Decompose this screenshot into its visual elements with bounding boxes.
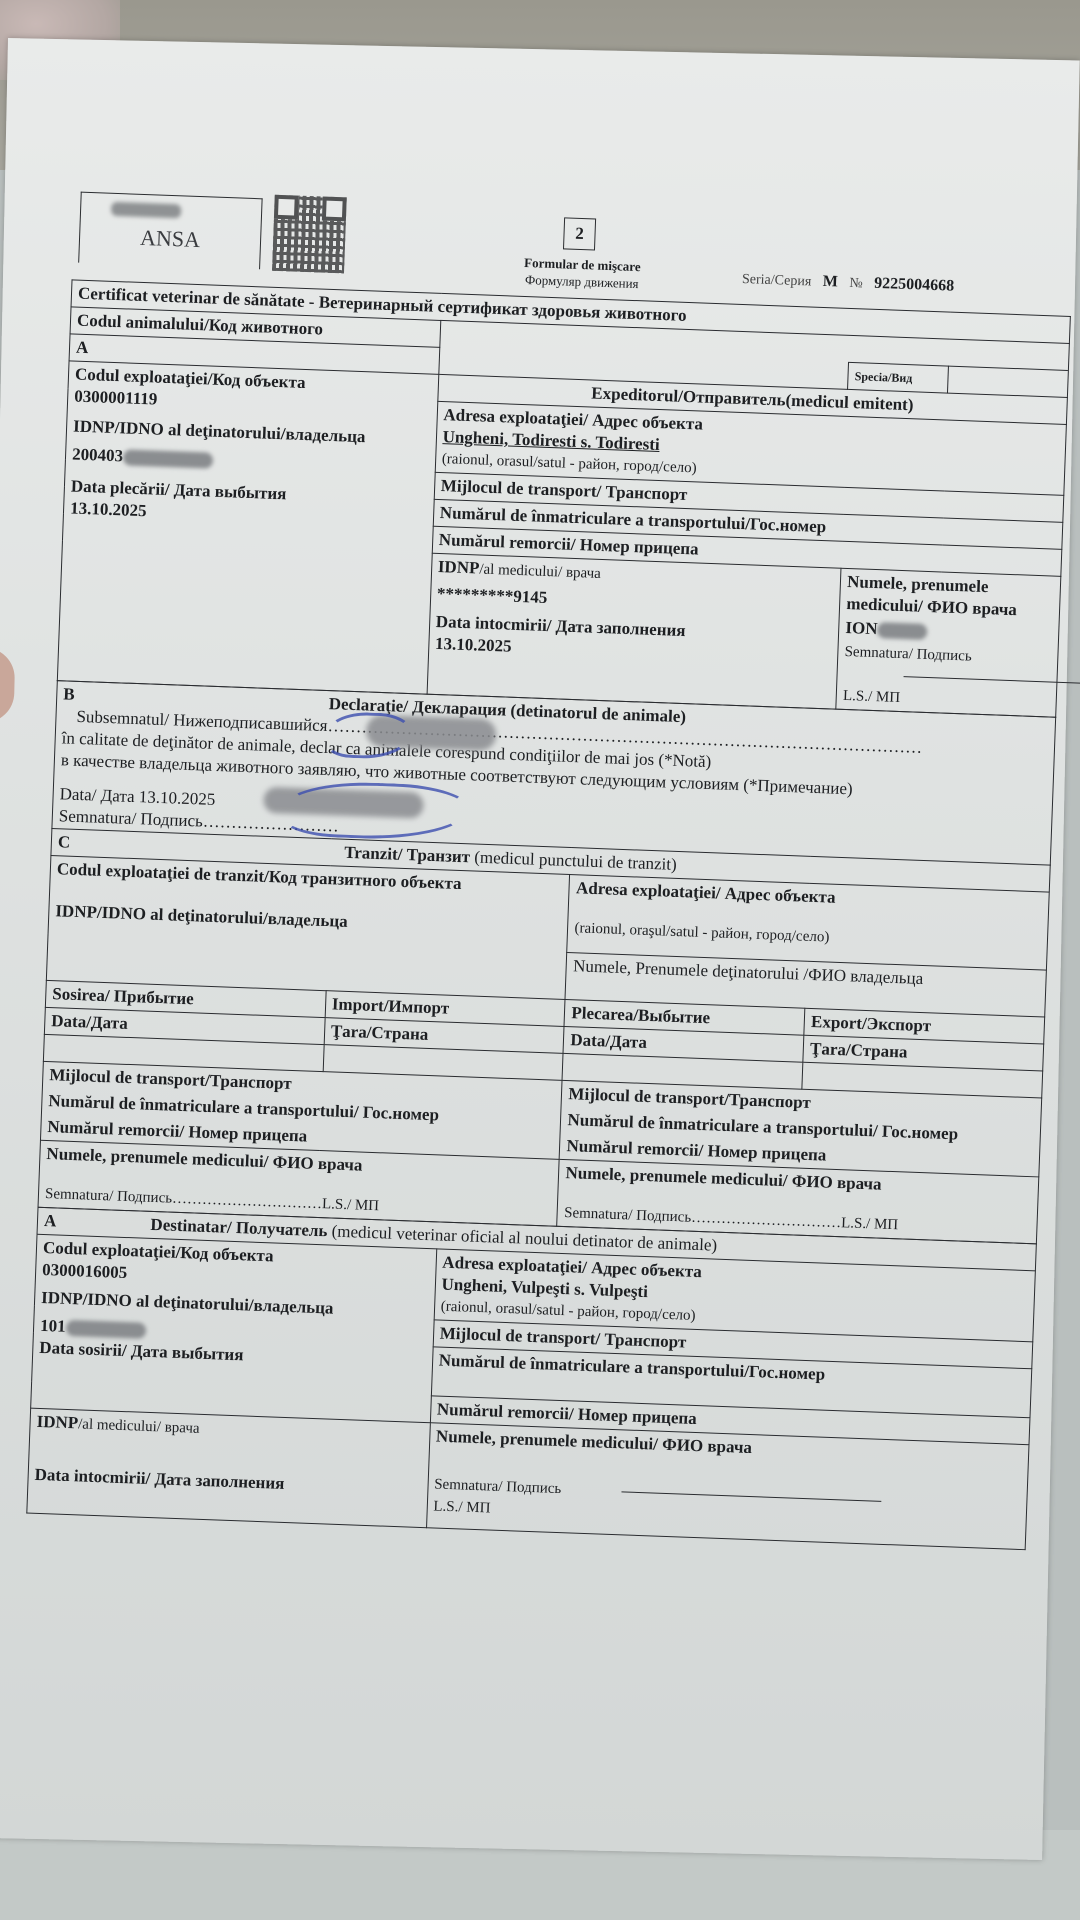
transit-address-hint: (raionul, oraşul/satul - район, город/се… (574, 917, 1041, 956)
recipient-vet-name-cell: Numele, prenumele medicului/ ФИО врача S… (426, 1423, 1029, 1550)
seria-label: Seria/Серия (742, 272, 812, 290)
recipient-vet-id-cell: IDNP/al medicului/ врача Data intocmirii… (27, 1408, 430, 1528)
transit-left-cell: Codul exploataţiei de tranzit/Код транзи… (46, 856, 570, 1000)
number-label: № (849, 276, 863, 291)
form-number: 2 (563, 217, 596, 250)
certificate-number: 9225004668 (874, 275, 955, 295)
fill-date-label: Data intocmirii/ Дата заполнения (34, 1464, 421, 1500)
signature-label: Semnatura/ Подпись (843, 641, 1051, 693)
vet-id-cell: IDNP/al medicului/ врача *********9145 D… (427, 553, 841, 709)
certificate-form: ANSA 2 Formular de mişcare Формуляр движ… (26, 189, 1074, 1550)
section-b-label: B (63, 684, 75, 703)
recipient-left-cell: Codul exploataţiei/Код объекта 030001600… (31, 1234, 437, 1423)
transit-owner-id-label: IDNP/IDNO al deţinatorului/владельца (55, 900, 562, 941)
issuer-label: ANSA (80, 223, 261, 256)
qr-code-icon (272, 195, 347, 274)
redacted-text (123, 449, 214, 468)
thumb (0, 648, 15, 724)
section-a2-label: A (44, 1211, 57, 1230)
signature-line (904, 676, 1080, 684)
species-label: Specia/Вид (848, 362, 949, 393)
redacted-text (877, 622, 928, 640)
certificate-paper: ANSA 2 Formular de mişcare Формуляр движ… (0, 38, 1080, 1860)
sender-table: Certificat veterinar de sănătate - Ветер… (57, 279, 1071, 717)
signature-line (621, 1491, 881, 1502)
series-number: Seria/Серия M № 9225004668 (742, 270, 963, 296)
form-title: Formular de mişcare Формуляр движения (472, 252, 693, 294)
vet-name-cell: Numele, prenumele medicului/ ФИО врача I… (836, 568, 1061, 717)
redacted-text (65, 1320, 146, 1339)
sender-left-cell: Codul exploataţiei/Код объекта 030000111… (57, 361, 438, 694)
recipient-table: A Destinatar/ Получатель (medicul veteri… (26, 1207, 1037, 1550)
vet-name-label: Numele, prenumele medicului/ ФИО врача (846, 571, 1054, 623)
seria-letter: M (822, 273, 838, 291)
redacted-text (111, 202, 181, 219)
transit-table: C Tranzit/ Транзит (medicul punctului de… (38, 828, 1051, 1244)
issuer-box: ANSA (78, 192, 262, 270)
owner-id-value: 200403 (72, 444, 429, 479)
section-c-label: C (58, 832, 71, 851)
